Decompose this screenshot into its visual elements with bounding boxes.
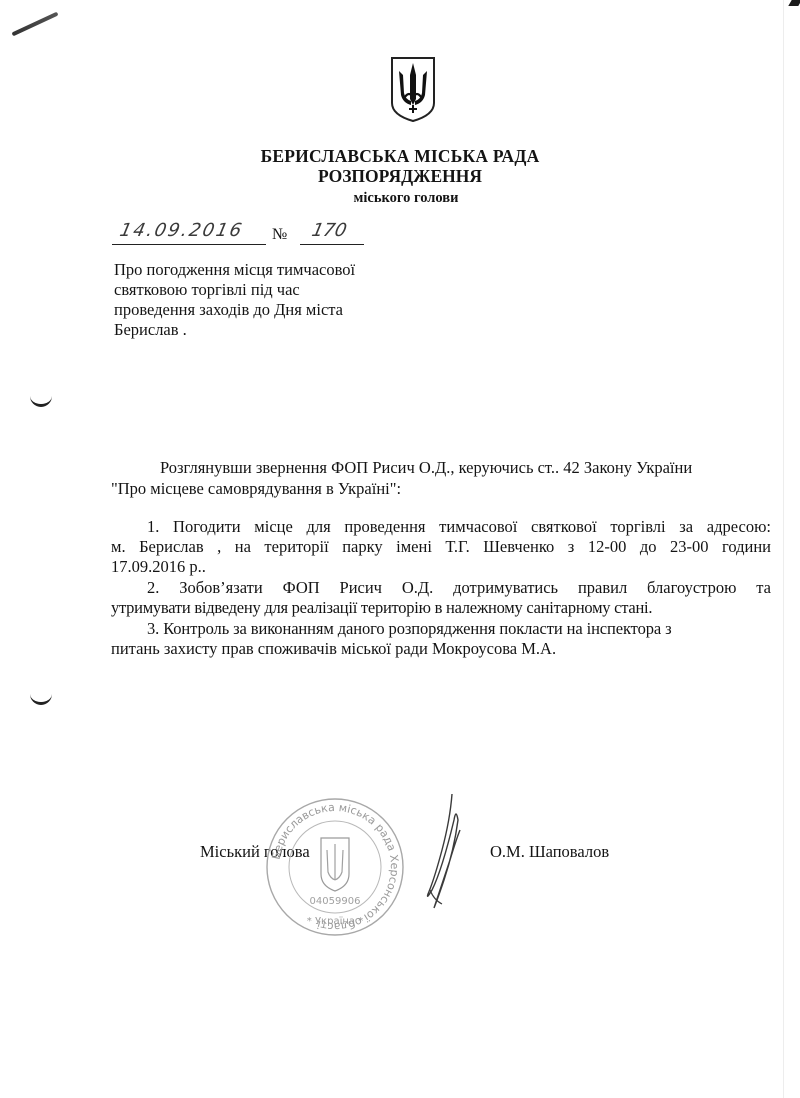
subject-line: проведення заходів до Дня міста xyxy=(114,300,404,320)
signatory-name: О.М. Шаповалов xyxy=(490,842,609,862)
handwritten-signature xyxy=(420,790,470,920)
order-item-3-line: питань захисту прав споживачів міської р… xyxy=(111,639,556,659)
order-item-1-line: 1. Погодити місце для проведення тимчасо… xyxy=(147,517,771,537)
order-item-3-line: 3. Контроль за виконанням даного розпоря… xyxy=(147,619,672,639)
order-item-2-line: утримувати відведену для реалізації тери… xyxy=(111,598,652,618)
official-seal-icon: Бериславська міська рада Херсонської обл… xyxy=(264,796,406,938)
preamble-line: Розглянувши звернення ФОП Рисич О.Д., ке… xyxy=(160,458,692,478)
coat-of-arms-icon xyxy=(389,55,437,123)
svg-text:04059906: 04059906 xyxy=(310,896,361,907)
number-sign: № xyxy=(272,226,287,244)
preamble-line: "Про місцеве самоврядування в Україні": xyxy=(111,479,401,499)
order-item-1-line: 17.09.2016 р.. xyxy=(111,557,206,577)
document-date: 14.09.2016 xyxy=(118,220,246,241)
document-number: 170 xyxy=(310,220,349,241)
issuer-subtitle: міського голови xyxy=(6,190,800,207)
pen-stroke-mark xyxy=(11,12,58,37)
document-subject: Про погодження місця тимчасової святково… xyxy=(114,260,404,340)
document-type: РОЗПОРЯДЖЕННЯ xyxy=(0,166,800,187)
punch-hole-mark xyxy=(30,692,52,705)
order-item-2-line: 2. Зобов’язати ФОП Рисич О.Д. дотримуват… xyxy=(147,578,771,598)
subject-line: Про погодження місця тимчасової xyxy=(114,260,404,280)
scan-corner-mark xyxy=(788,0,800,6)
punch-hole-mark xyxy=(30,394,52,407)
svg-text:* Україна *: * Україна * xyxy=(307,916,363,927)
order-item-1-line: м. Берислав , на території парку імені Т… xyxy=(111,537,771,557)
subject-line: святковою торгівлі під час xyxy=(114,280,404,300)
subject-line: Берислав . xyxy=(114,320,404,340)
organization-title: БЕРИСЛАВСЬКА МІСЬКА РАДА xyxy=(0,146,800,167)
